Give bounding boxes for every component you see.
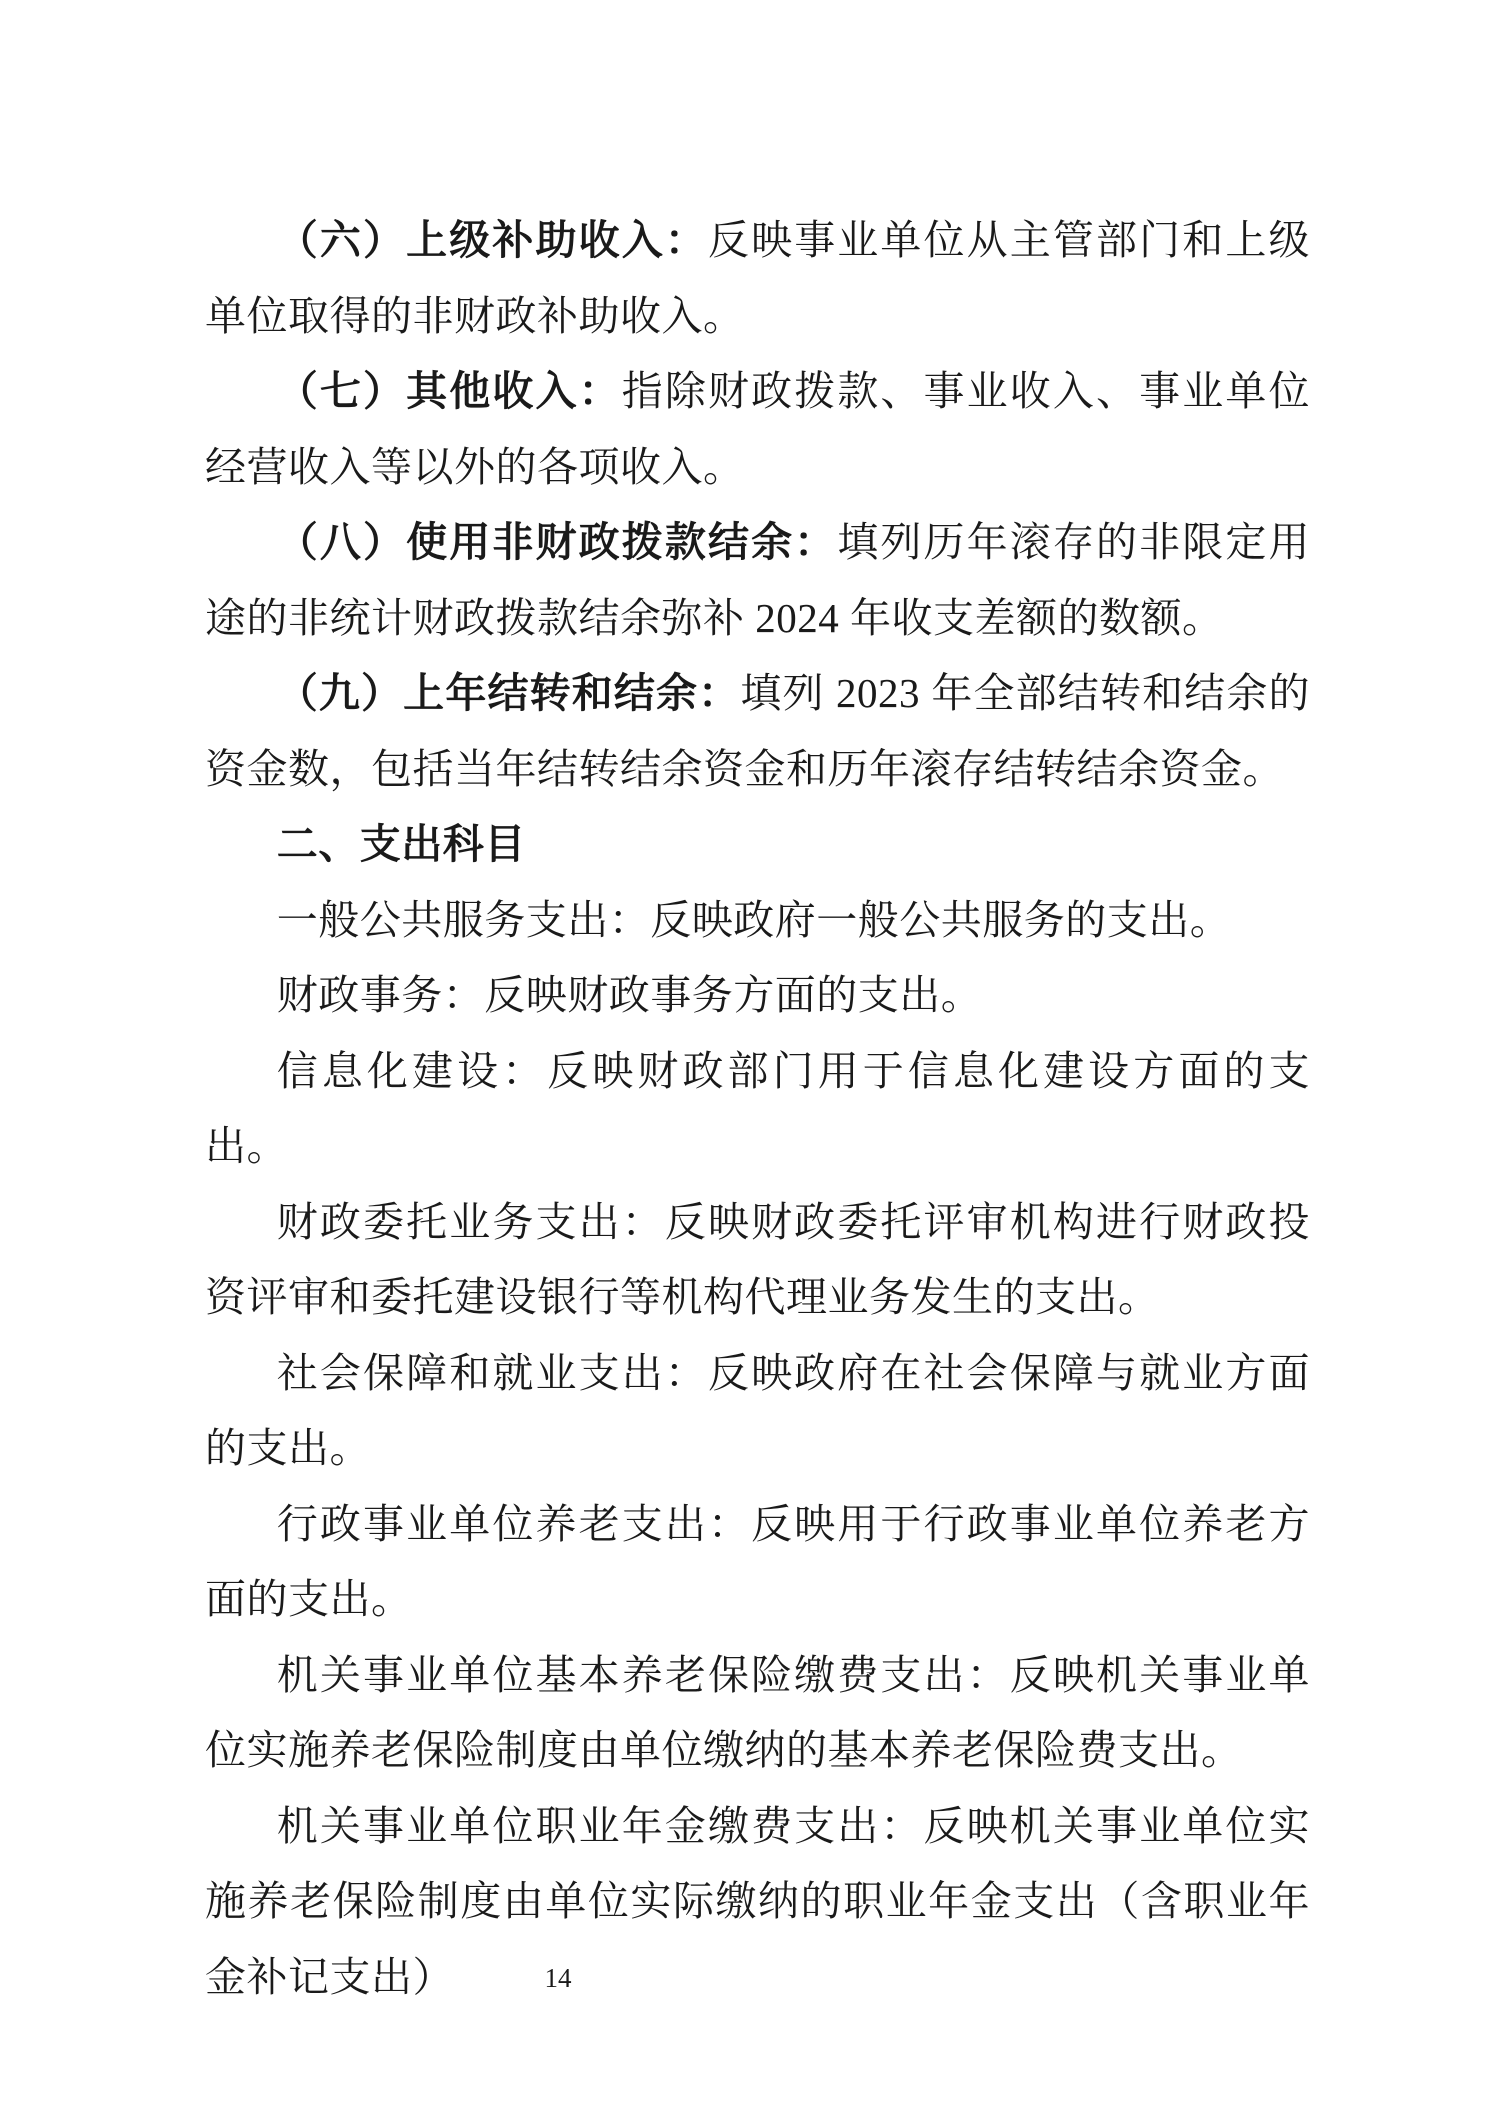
paragraph-text: 机关事业单位职业年金缴费支出：反映机关事业单位实施养老保险制度由单位实际缴纳的职…	[205, 1803, 1310, 2000]
paragraph: 社会保障和就业支出：反映政府在社会保障与就业方面的支出。	[205, 1336, 1310, 1487]
paragraph: （八）使用非财政拨款结余：填列历年滚存的非限定用途的非统计财政拨款结余弥补 20…	[205, 505, 1310, 656]
paragraph-text: 一般公共服务支出：反映政府一般公共服务的支出。	[277, 897, 1232, 943]
section-heading: 二、支出科目	[205, 807, 1310, 883]
paragraph-text: 机关事业单位基本养老保险缴费支出：反映机关事业单位实施养老保险制度由单位缴纳的基…	[205, 1652, 1310, 1774]
paragraph: 机关事业单位基本养老保险缴费支出：反映机关事业单位实施养老保险制度由单位缴纳的基…	[205, 1638, 1310, 1789]
paragraph: 一般公共服务支出：反映政府一般公共服务的支出。	[205, 883, 1310, 959]
paragraph-lead: （九）上年结转和结余：	[277, 670, 741, 716]
paragraph-lead: （八）使用非财政拨款结余：	[277, 519, 838, 565]
paragraph-text: 财政委托业务支出：反映财政委托评审机构进行财政投资评审和委托建设银行等机构代理业…	[205, 1199, 1310, 1321]
paragraph: （六）上级补助收入：反映事业单位从主管部门和上级单位取得的非财政补助收入。	[205, 203, 1310, 354]
paragraph-text: 行政事业单位养老支出：反映用于行政事业单位养老方面的支出。	[205, 1501, 1310, 1623]
paragraph-lead: （六）上级补助收入：	[277, 217, 708, 263]
paragraph-text: 财政事务：反映财政事务方面的支出。	[277, 972, 983, 1018]
paragraph: （九）上年结转和结余：填列 2023 年全部结转和结余的资金数，包括当年结转结余…	[205, 656, 1310, 807]
paragraph: 信息化建设：反映财政部门用于信息化建设方面的支出。	[205, 1034, 1310, 1185]
paragraph-text: 二、支出科目	[277, 821, 526, 867]
paragraph: 机关事业单位职业年金缴费支出：反映机关事业单位实施养老保险制度由单位实际缴纳的职…	[205, 1789, 1310, 2016]
paragraph: 财政委托业务支出：反映财政委托评审机构进行财政投资评审和委托建设银行等机构代理业…	[205, 1185, 1310, 1336]
paragraph: 行政事业单位养老支出：反映用于行政事业单位养老方面的支出。	[205, 1487, 1310, 1638]
paragraph-text: 社会保障和就业支出：反映政府在社会保障与就业方面的支出。	[205, 1350, 1310, 1472]
paragraph-lead: （七）其他收入：	[277, 368, 622, 414]
document-page: （六）上级补助收入：反映事业单位从主管部门和上级单位取得的非财政补助收入。（七）…	[0, 0, 1487, 2102]
paragraph-text: 信息化建设：反映财政部门用于信息化建设方面的支出。	[205, 1048, 1310, 1170]
paragraph: 财政事务：反映财政事务方面的支出。	[205, 958, 1310, 1034]
page-number: 14	[528, 1962, 588, 1994]
document-body: （六）上级补助收入：反映事业单位从主管部门和上级单位取得的非财政补助收入。（七）…	[205, 203, 1310, 2015]
paragraph: （七）其他收入：指除财政拨款、事业收入、事业单位经营收入等以外的各项收入。	[205, 354, 1310, 505]
